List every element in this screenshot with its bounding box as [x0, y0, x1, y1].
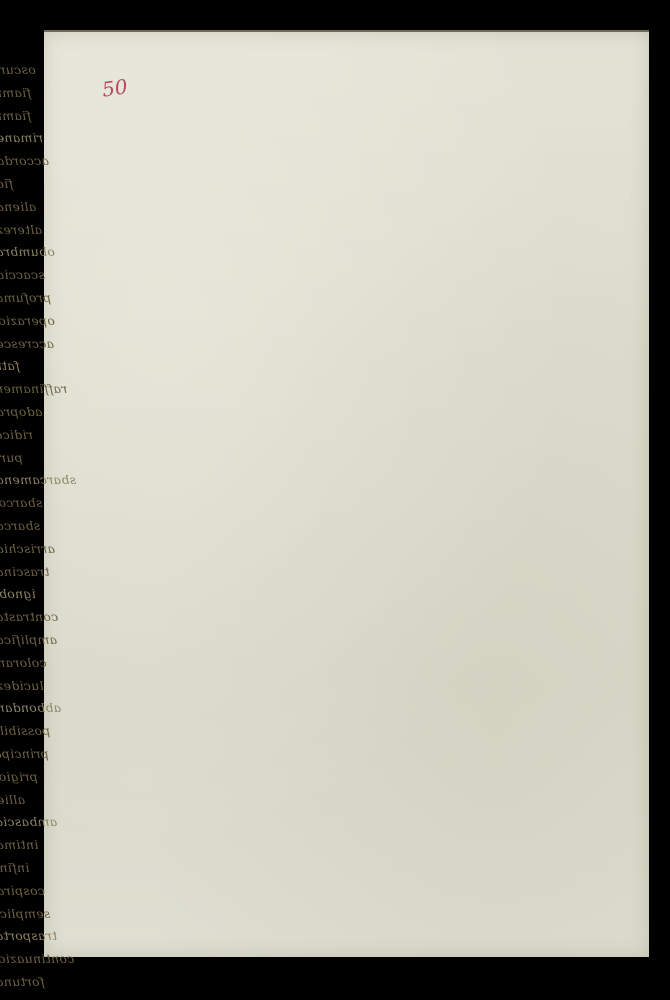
- word-entry: amplificare: [0, 632, 57, 647]
- word-entry: ridicolo: [0, 427, 32, 442]
- word-entry: fiore: [0, 176, 13, 191]
- word-entry: continuazione: [0, 951, 75, 966]
- word-entry: operazione: [0, 313, 55, 328]
- word-entry: purità: [0, 450, 22, 465]
- word-entry: sbarcare: [0, 518, 40, 533]
- word-entry: accordare: [0, 153, 48, 168]
- word-entry: accrescere: [0, 336, 54, 351]
- word-entry: trascinare: [0, 564, 50, 579]
- word-entry: sbarcone: [0, 495, 42, 510]
- word-entry: sbarcamenare: [0, 472, 76, 487]
- word-entry: scacciare: [0, 267, 44, 282]
- word-entry: contrastare: [0, 609, 59, 624]
- word-entry: alienare: [0, 199, 36, 214]
- word-entry: prigione: [0, 769, 37, 784]
- word-entry: profumare: [0, 290, 52, 305]
- folio-number: 50: [100, 74, 129, 101]
- word-entry: ambasciata: [0, 814, 57, 829]
- word-entry: abbondanza: [0, 700, 62, 715]
- word-entry: cospirare: [0, 883, 44, 898]
- word-entry: intimare: [0, 837, 38, 852]
- word-entry: lucidezza: [0, 678, 44, 693]
- word-entry: raffinamento: [0, 381, 68, 396]
- word-entry: fatica: [0, 358, 19, 373]
- word-entry: ignobile: [0, 586, 35, 601]
- word-entry: possibilità: [0, 723, 50, 738]
- word-entry: fiamma: [0, 85, 31, 100]
- word-entry: rimanere: [0, 130, 43, 145]
- word-entry: oscurità: [0, 62, 36, 77]
- word-entry: principale: [0, 746, 49, 761]
- word-entry: trasportare: [0, 928, 58, 943]
- word-entry: fortunare: [0, 974, 45, 989]
- word-entry: infinito: [0, 860, 30, 875]
- word-entry: semplicità: [0, 906, 50, 921]
- word-entry: obumbrare: [0, 244, 55, 259]
- manuscript-page: 50: [44, 30, 649, 957]
- word-entry: coloranza: [0, 655, 46, 670]
- word-entry: alterezza: [0, 222, 43, 237]
- word-entry: adoprare: [0, 404, 42, 419]
- word-entry: fiamma: [0, 108, 31, 123]
- word-entry: arrischiare: [0, 541, 55, 556]
- word-entry: allievo: [0, 792, 26, 807]
